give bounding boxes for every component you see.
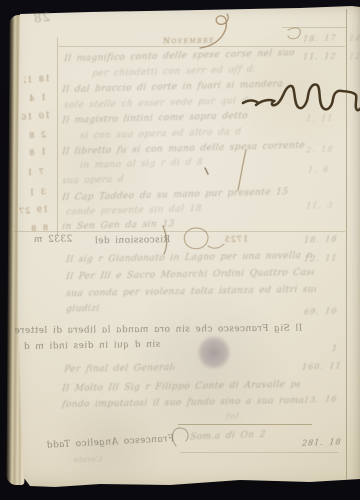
total-amount: 281. 18: [301, 436, 346, 449]
margin-number: 19 27: [18, 204, 49, 217]
margin-number: 18 12: [24, 73, 51, 86]
amount-value: 11. 12: [302, 50, 343, 62]
amount-value: 11. 3: [305, 199, 342, 211]
margin-number: 10 10: [22, 110, 51, 123]
margin-number: 1 4: [22, 92, 47, 105]
manuscript-scan: 28Novembre18 121 410 102 81 87 13 119 27…: [0, 0, 360, 500]
ink-stamp: [198, 336, 230, 369]
amount-value: 18. 17: [302, 32, 343, 44]
handwriting-line: Per final del Generale: [63, 363, 174, 376]
margin-number: 3 1: [24, 186, 47, 199]
amount-value: 69. 10: [303, 305, 344, 317]
amount-value: 2. 18: [305, 143, 342, 155]
amount-value: 14: [348, 33, 360, 44]
amount-value: 12: [348, 51, 360, 62]
amount-value: 1. 8: [307, 163, 340, 175]
handwriting-line: giudizi: [65, 304, 118, 316]
section-header-scrawl: Riscossioni del: [75, 235, 170, 248]
margin-number: 8 8: [24, 222, 49, 235]
page-number: 28: [28, 12, 50, 25]
section-header-scrawl: 2332 m: [11, 234, 72, 246]
heading-scrawl: Novembre: [162, 34, 237, 46]
signature-scrawl: Curato: [55, 453, 102, 466]
margin-number: 7 1: [22, 166, 45, 179]
margin-number: 2 8: [22, 129, 47, 142]
folio-ref: fol.: [225, 411, 247, 422]
amount-value: 1. 11: [305, 112, 340, 124]
amount-value: 12. 11: [303, 252, 344, 264]
amount-value: 18. 18: [303, 233, 344, 245]
margin-number: 1 8: [24, 146, 47, 159]
amount-value: 13. 16: [303, 393, 344, 405]
amount-value: 1: [331, 343, 342, 354]
section-header-scrawl: 1725: [213, 234, 248, 246]
amount-value: 160. 11: [301, 360, 346, 373]
